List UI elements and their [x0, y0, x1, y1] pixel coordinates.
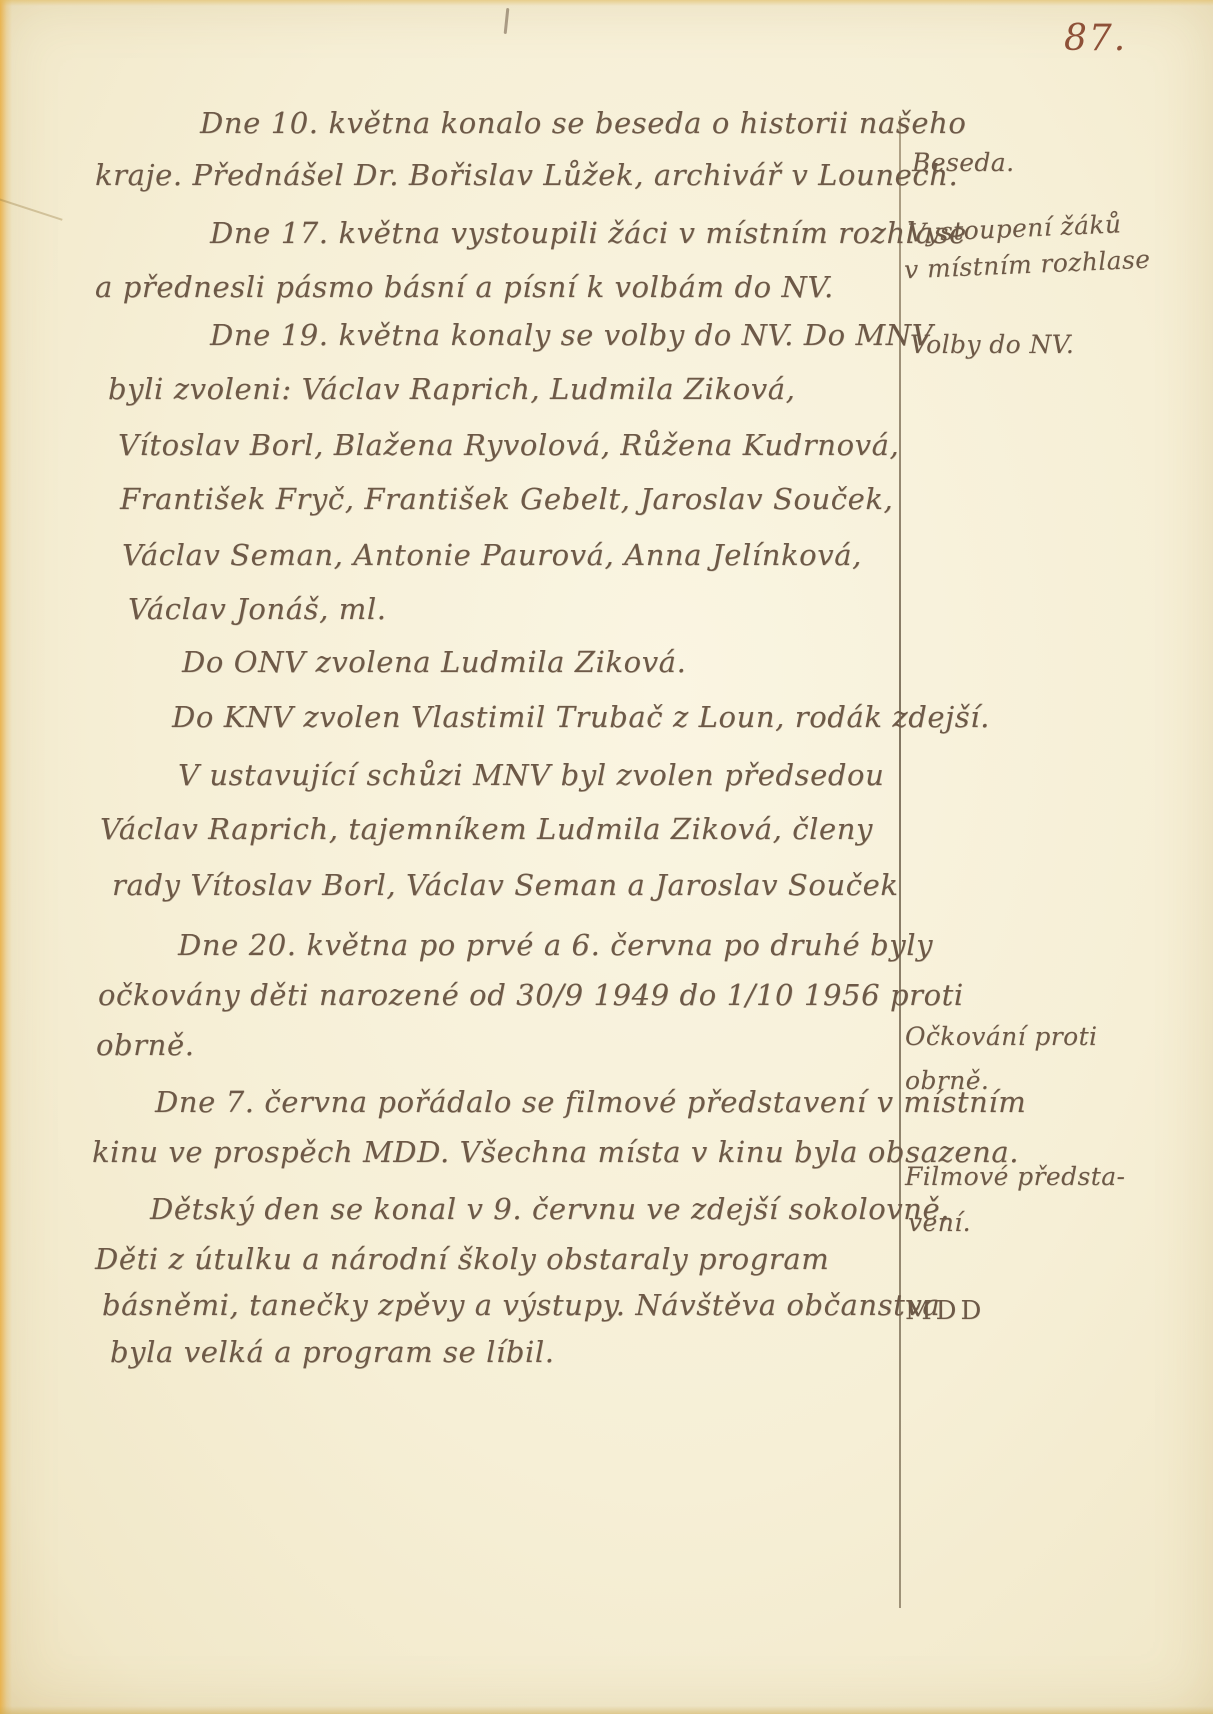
- margin-note: v místním rozhlase: [903, 245, 1150, 285]
- handwritten-line: Děti z útulku a národní školy obstaraly …: [95, 1242, 829, 1276]
- ink-mark: [504, 8, 510, 34]
- handwritten-line: Dne 17. května vystoupili žáci v místním…: [210, 216, 967, 250]
- handwritten-line: Vítoslav Borl, Blažena Ryvolová, Růžena …: [118, 428, 899, 462]
- handwritten-line: kraje. Přednášel Dr. Bořislav Lůžek, arc…: [95, 158, 958, 192]
- chronicle-page: 87. Dne 10. května konalo se beseda o hi…: [0, 0, 1213, 1714]
- handwritten-line: Václav Seman, Antonie Paurová, Anna Jelí…: [122, 538, 862, 572]
- page-top-edge: [0, 0, 1213, 6]
- handwritten-line: V ustavující schůzi MNV byl zvolen předs…: [178, 758, 884, 792]
- handwritten-line: očkovány děti narozené od 30/9 1949 do 1…: [98, 978, 964, 1012]
- margin-note: obrně.: [905, 1066, 989, 1095]
- margin-note: MDD: [905, 1296, 985, 1326]
- handwritten-line: Václav Raprich, tajemníkem Ludmila Zikov…: [100, 812, 873, 846]
- handwritten-line: Václav Jonáš, ml.: [128, 592, 387, 626]
- handwritten-line: rady Vítoslav Borl, Václav Seman a Jaros…: [112, 868, 899, 902]
- margin-note: Filmové předsta-: [905, 1162, 1125, 1191]
- handwritten-line: Dne 7. června pořádalo se filmové předst…: [155, 1085, 1026, 1119]
- margin-note: Beseda.: [912, 148, 1014, 177]
- handwritten-line: Dětský den se konal v 9. červnu ve zdejš…: [150, 1192, 950, 1226]
- handwritten-line: byla velká a program se líbil.: [110, 1335, 555, 1369]
- handwritten-line: Dne 10. května konalo se beseda o histor…: [200, 106, 966, 140]
- page-left-edge: [0, 0, 12, 1714]
- page-number: 87.: [1064, 18, 1127, 59]
- margin-note: vení.: [908, 1208, 971, 1237]
- handwritten-line: Do ONV zvolena Ludmila Ziková.: [182, 645, 686, 679]
- handwritten-line: byli zvoleni: Václav Raprich, Ludmila Zi…: [108, 372, 795, 406]
- handwritten-line: obrně.: [96, 1028, 195, 1062]
- handwritten-line: Dne 20. května po prvé a 6. června po dr…: [178, 928, 933, 962]
- margin-note: Očkování proti: [905, 1022, 1097, 1051]
- handwritten-line: a přednesli pásmo básní a písní k volbám…: [95, 270, 834, 304]
- margin-note: Volby do NV.: [910, 330, 1074, 359]
- handwritten-line: Do KNV zvolen Vlastimil Trubač z Loun, r…: [172, 700, 990, 734]
- handwritten-line: Dne 19. května konaly se volby do NV. Do…: [210, 318, 933, 352]
- handwritten-line: František Fryč, František Gebelt, Jarosl…: [120, 482, 893, 516]
- page-bottom-edge: [0, 1706, 1213, 1714]
- handwritten-line: básněmi, tanečky zpěvy a výstupy. Návště…: [102, 1288, 940, 1322]
- handwritten-line: kinu ve prospěch MDD. Všechna místa v ki…: [92, 1135, 1019, 1169]
